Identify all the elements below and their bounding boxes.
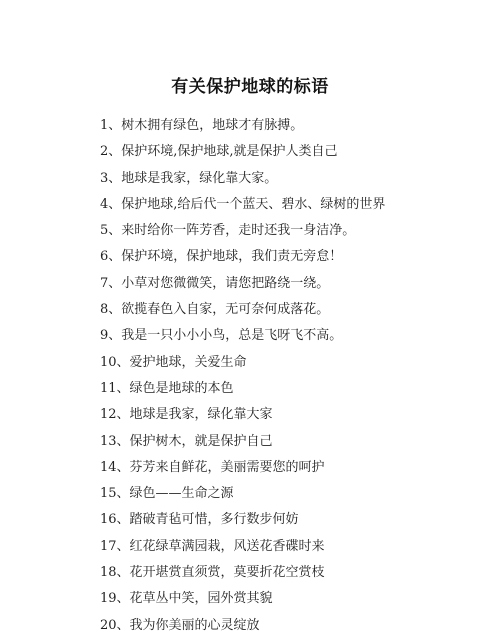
list-item: 16、踏破青毡可惜，多行数步何妨 — [100, 507, 490, 533]
list-item: 11、绿色是地球的本色 — [100, 376, 490, 402]
list-item: 17、红花绿草满园栽，风送花香碟时来 — [100, 534, 490, 560]
list-item: 10、爱护地球，关爱生命 — [100, 350, 490, 376]
list-item: 20、我为你美丽的心灵绽放 — [100, 613, 490, 637]
slogan-list: 1、树木拥有绿色，地球才有脉搏。 2、保护环境,保护地球,就是保护人类自己 3、… — [100, 113, 490, 637]
list-item: 19、花草丛中笑，园外赏其貌 — [100, 586, 490, 612]
list-item: 8、欲揽春色入自家，无可奈何成落花。 — [100, 297, 490, 323]
list-item: 9、我是一只小小小鸟，总是飞呀飞不高。 — [100, 323, 490, 349]
list-item: 18、花开堪赏直须赏，莫要折花空赏枝 — [100, 560, 490, 586]
list-item: 2、保护环境,保护地球,就是保护人类自己 — [100, 139, 490, 165]
list-item: 12、地球是我家，绿化靠大家 — [100, 402, 490, 428]
page-title: 有关保护地球的标语 — [0, 72, 500, 97]
document-page: 有关保护地球的标语 1、树木拥有绿色，地球才有脉搏。 2、保护环境,保护地球,就… — [0, 0, 500, 637]
list-item: 4、保护地球,给后代一个蓝天、碧水、绿树的世界 — [100, 192, 490, 218]
list-item: 3、地球是我家，绿化靠大家。 — [100, 166, 490, 192]
list-item: 14、芬芳来自鲜花，美丽需要您的呵护 — [100, 455, 490, 481]
list-item: 13、保护树木，就是保护自己 — [100, 429, 490, 455]
list-item: 5、来时给你一阵芳香，走时还我一身洁净。 — [100, 218, 490, 244]
list-item: 6、保护环境，保护地球，我们责无旁怠！ — [100, 244, 490, 270]
list-item: 15、绿色——生命之源 — [100, 481, 490, 507]
list-item: 1、树木拥有绿色，地球才有脉搏。 — [100, 113, 490, 139]
list-item: 7、小草对您微微笑，请您把路绕一绕。 — [100, 271, 490, 297]
